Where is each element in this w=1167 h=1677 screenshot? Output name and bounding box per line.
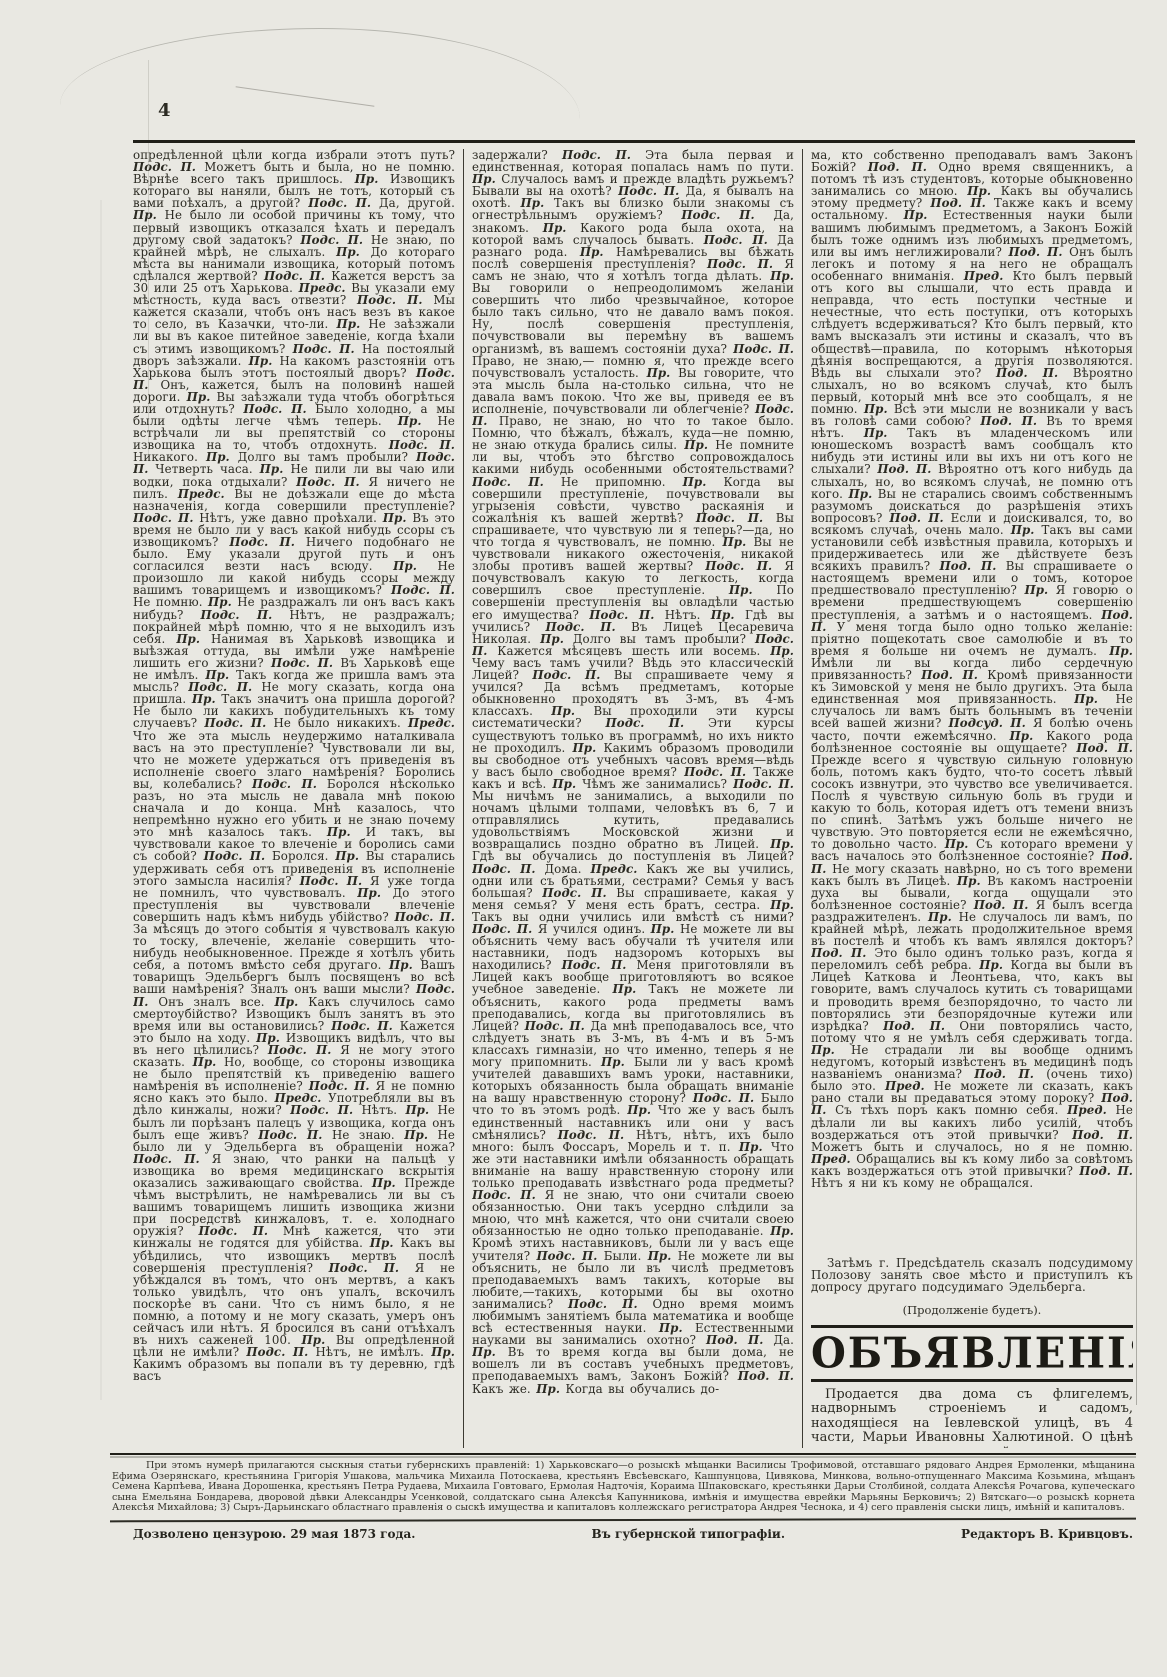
page-number: 4 (158, 100, 172, 121)
editor-line: Редакторъ В. Кривцовъ. (961, 1527, 1133, 1541)
paper-crease (100, 200, 102, 1400)
header-rule (133, 140, 1135, 143)
legal-notice: При этомъ нумерѣ прилагаются сыскныя ста… (112, 1461, 1135, 1514)
imprint-footer: Дозволено цензурою. 29 мая 1873 года. Въ… (133, 1527, 1133, 1541)
page-edge-rule (1136, 150, 1137, 1405)
newspaper-page: 4 опредѣленной цѣли когда избрали этотъ … (0, 0, 1167, 1677)
ads-bottom-rule (811, 1379, 1133, 1382)
article-columns: опредѣленной цѣли когда избрали этотъ пу… (133, 149, 1135, 1448)
notice-rule (110, 1453, 1136, 1455)
paper-fold-mark (236, 86, 375, 106)
column-3-closing-paragraph: Затѣмъ г. Предсѣдатель сказалъ подсудимо… (811, 1257, 1133, 1295)
censor-line: Дозволено цензурою. 29 мая 1873 года. (133, 1527, 415, 1541)
paper-fold-mark (60, 28, 580, 119)
ads-top-rule (811, 1325, 1133, 1328)
printer-line: Въ губернской типографіи. (591, 1527, 785, 1541)
column-separator (463, 149, 464, 1448)
column-1-text: опредѣленной цѣли когда избрали этотъ пу… (133, 149, 455, 1448)
column-separator (802, 149, 803, 1448)
column-1: опредѣленной цѣли когда избрали этотъ пу… (133, 149, 455, 1448)
footer-rule (110, 1518, 1136, 1523)
column-3: ма, кто собственно преподавалъ вамъ Зако… (811, 149, 1133, 1448)
ads-header: ОБЪЯВЛЕНІЯ. (811, 1330, 1133, 1378)
ad-text: Продается два дома съ флигелемъ, надворн… (811, 1388, 1133, 1448)
ads-section: ОБЪЯВЛЕНІЯ. Продается два дома съ флигел… (811, 1325, 1133, 1448)
continuation-note: (Продолженіе будетъ). (811, 1303, 1133, 1317)
column-2: задержали? Подс. П. Эта была первая и ед… (472, 149, 794, 1448)
column-3-text: ма, кто собственно преподавалъ вамъ Зако… (811, 149, 1133, 1255)
column-2-text: задержали? Подс. П. Эта была первая и ед… (472, 149, 794, 1448)
